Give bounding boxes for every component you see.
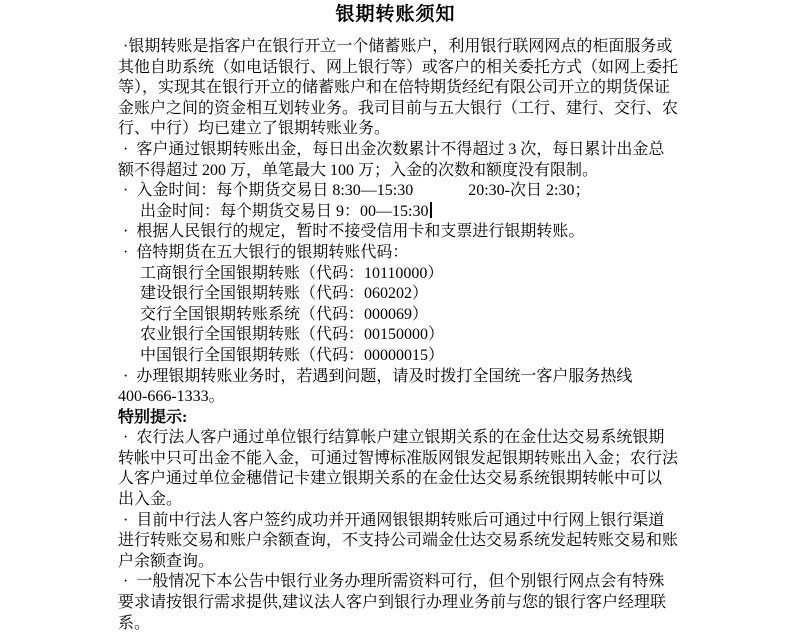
hotline-line-1[interactable]: · 办理银期转账业务时，若遇到问题，请及时拨打全国统一客户服务热线 <box>118 367 684 388</box>
intro-line-2[interactable]: 其他自助系统（如电话银行、网上银行等）或客户的相关委托方式（如网上委托 <box>118 58 684 79</box>
deposit-time-text: · 入金时间：每个期货交易日 8:30—15:30 <box>123 182 413 199</box>
abc-corporate-line-2[interactable]: 转帐中只可出金不能入金，可通过智博标准版网银发起银期转账出入金；农行法 <box>118 449 684 470</box>
withdrawal-limit-line-1[interactable]: · 客户通过银期转账出金，每日出金次数累计不得超过 3 次，每日累计出金总 <box>118 140 684 161</box>
general-note-line-3[interactable]: 系。 <box>118 614 684 635</box>
intro-line-5[interactable]: 行、中行）均已建立了银期转账业务。 <box>118 119 684 140</box>
intro-line-3[interactable]: 等），实现其在银行开立的储蓄账户和在倍特期货经纪有限公司开立的期货保证 <box>118 78 684 99</box>
withdrawal-limit-line-2[interactable]: 额不得超过 200 万，单笔最大 100 万；入金的次数和额度没有限制。 <box>118 161 684 182</box>
hotline-number-line[interactable]: 400-666-1333。 <box>118 387 684 408</box>
intro-line-1[interactable]: ·银期转账是指客户在银行开立一个储蓄账户，利用银行联网网点的柜面服务或 <box>118 37 684 58</box>
abc-corporate-line-4[interactable]: 出入金。 <box>118 490 684 511</box>
abc-corporate-line-1[interactable]: · 农行法人客户通过单位银行结算帐户建立银期关系的在金仕达交易系统银期 <box>118 428 684 449</box>
notice-document[interactable]: 银期转账须知 ·银期转账是指客户在银行开立一个储蓄账户，利用银行联网网点的柜面服… <box>0 0 791 635</box>
doc-text-area[interactable]: ·银期转账是指客户在银行开立一个储蓄账户，利用银行联网网点的柜面服务或 其他自助… <box>118 37 684 634</box>
credit-card-rule-line[interactable]: · 根据人民银行的规定，暂时不接受信用卡和支票进行银期转账。 <box>118 222 684 243</box>
withdrawal-time-line[interactable]: 出金时间：每个期货交易日 9：00—15:30 <box>118 202 684 223</box>
bank-codes-heading-line[interactable]: · 倍特期货在五大银行的银期转账代码： <box>118 243 684 264</box>
deposit-time-evening-text: 20:30-次日 2:30； <box>468 182 590 199</box>
boc-corporate-line-3[interactable]: 户余额查询。 <box>118 552 684 573</box>
boc-corporate-line-2[interactable]: 进行转账交易和账户余额查询，不支持公司端金仕达交易系统发起转账交易和账 <box>118 531 684 552</box>
bank-code-abc[interactable]: 农业银行全国银期转账（代码：00150000） <box>118 325 684 346</box>
abc-corporate-line-3[interactable]: 人客户通过单位金穗借记卡建立银期关系的在金仕达交易系统银期转帐中可以 <box>118 469 684 490</box>
bank-code-boc[interactable]: 中国银行全国银期转账（代码：00000015） <box>118 346 684 367</box>
bank-code-ccb[interactable]: 建设银行全国银期转账（代码：060202） <box>118 284 684 305</box>
special-notice-heading[interactable]: 特别提示: <box>118 408 684 429</box>
general-note-line-1[interactable]: · 一般情况下本公告中银行业务办理所需资料可行，但个别银行网点会有特殊 <box>118 572 684 593</box>
withdrawal-time-text: 出金时间：每个期货交易日 9：00—15:30 <box>140 203 428 220</box>
text-cursor <box>430 202 432 218</box>
deposit-time-line[interactable]: · 入金时间：每个期货交易日 8:30—15:3020:30-次日 2:30； <box>118 181 684 202</box>
doc-title[interactable]: 银期转账须知 <box>0 1 791 29</box>
intro-line-4[interactable]: 金账户之间的资金相互划转业务。我司目前与五大银行（工行、建行、交行、农 <box>118 99 684 120</box>
boc-corporate-line-1[interactable]: · 目前中行法人客户签约成功并开通网银银期转账后可通过中行网上银行渠道 <box>118 511 684 532</box>
bank-code-icbc[interactable]: 工商银行全国银期转账（代码：10110000） <box>118 264 684 285</box>
bank-code-bocom[interactable]: 交行全国银期转账系统（代码：000069） <box>118 305 684 326</box>
general-note-line-2[interactable]: 要求请按银行需求提供,建议法人客户到银行办理业务前与您的银行客户经理联 <box>118 593 684 614</box>
